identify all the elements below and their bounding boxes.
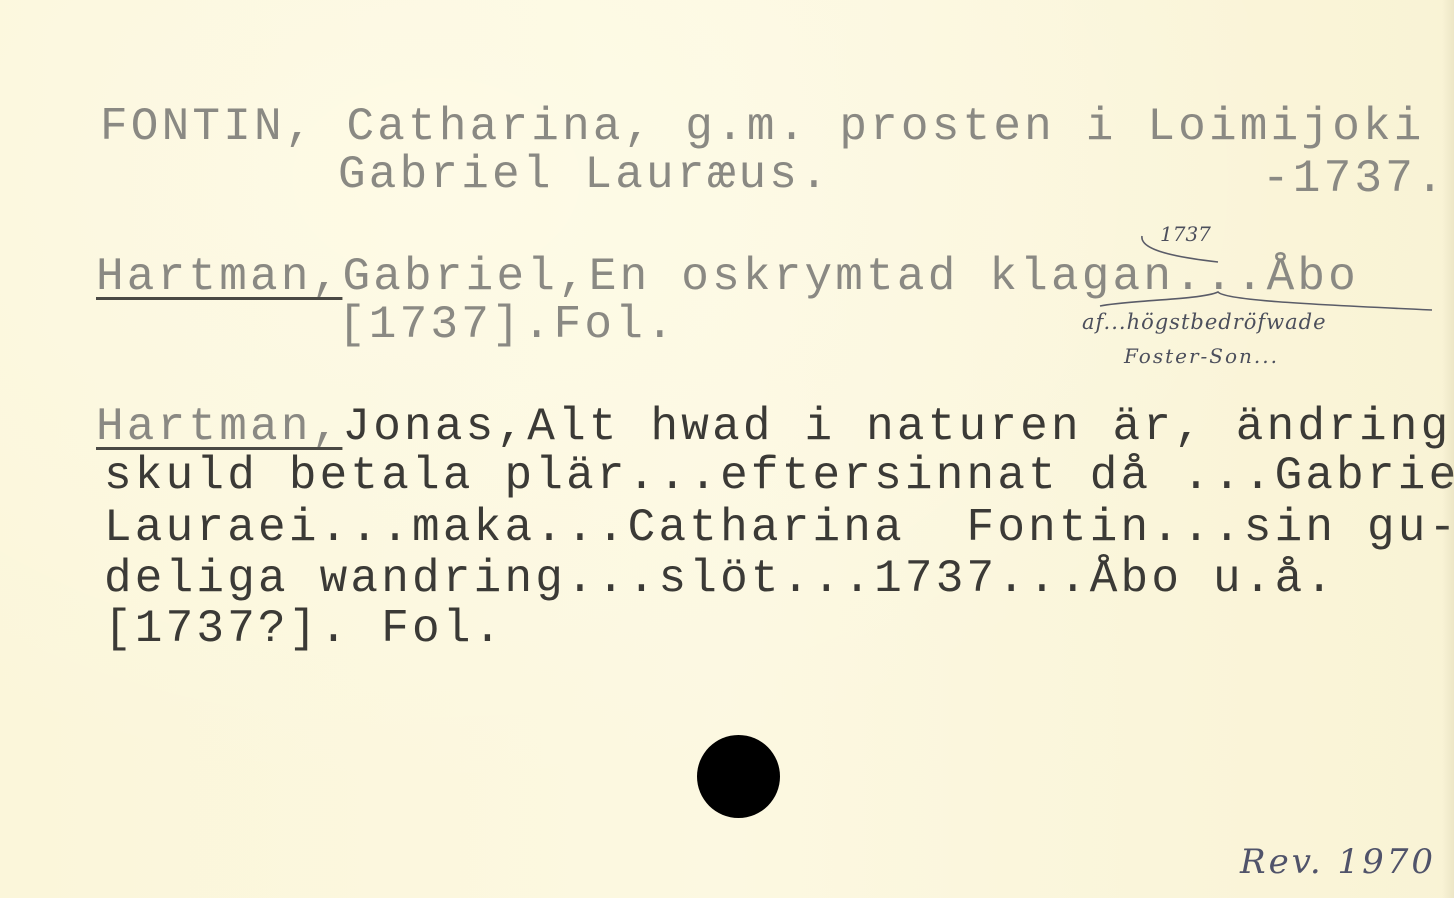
entry-1-date: -1737. [1262,156,1447,202]
entry-3-line-1: Hartman,Jonas,Alt hwad i naturen är, änd… [96,404,1454,450]
entry-1-line-2: Gabriel Lauræus. [338,152,831,198]
annotation-insert-line-2: Foster-Son... [1124,344,1279,368]
annotation-insert-line-1: af...högstbedröfwade [1082,310,1327,334]
entry-2-text: Gabriel,En oskrymtad klagan...Åbo [342,251,1359,303]
entry-3-line-5: [1737?]. Fol. [104,606,504,652]
entry-3-line-4: deliga wandring...slöt...1737...Åbo u.å. [104,556,1336,602]
entry-3-line-3: Lauraei...maka...Catharina Fontin...sin … [104,505,1454,551]
entry-2-line-1: Hartman,Gabriel,En oskrymtad klagan...Åb… [96,254,1359,300]
entry-1-line-1: FONTIN, Catharina, g.m. prosten i Loimij… [100,104,1425,150]
entry-2-line-2: [1737].Fol. [338,302,677,348]
entry-3-heading: Hartman, [96,401,342,453]
revision-note: Rev. 1970 [1240,842,1436,882]
annotation-year: 1737 [1160,222,1211,246]
catalog-card: FONTIN, Catharina, g.m. prosten i Loimij… [0,0,1454,898]
entry-2-heading: Hartman, [96,251,342,303]
entry-1-text: Catharina, g.m. prosten i Loimijoki [346,101,1424,153]
entry-3-text: Jonas,Alt hwad i naturen är, ändrings [342,401,1454,453]
entry-1-heading: FONTIN, [100,101,316,153]
punch-hole [697,735,780,818]
entry-3-line-2: skuld betala plär...eftersinnat då ...Ga… [104,453,1454,499]
